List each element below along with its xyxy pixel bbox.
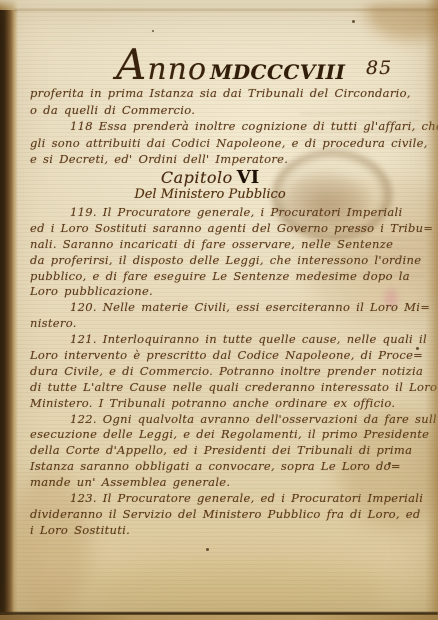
manuscript-line: mande un' Assemblea generale. (30, 475, 430, 491)
manuscript-page-photo: AnnoMDCCCVIII 85 proferita in prima Ista… (0, 0, 438, 620)
manuscript-line: nali. Saranno incaricati di fare osserva… (30, 237, 430, 253)
manuscript-line: 121. Interloquiranno in tutte quelle cau… (30, 332, 430, 348)
manuscript-line: pubblico, e di fare eseguire Le Sentenze… (30, 269, 430, 285)
title-year-word: Anno (116, 50, 207, 87)
paper-speck (352, 20, 355, 23)
manuscript-line: Ministero. I Tribunali potranno anche or… (30, 396, 430, 412)
manuscript-line: 120. Nelle materie Civili, essi esercite… (30, 300, 430, 316)
manuscript-line: divideranno il Servizio del Ministero Pu… (30, 507, 430, 523)
book-binding-edge (0, 10, 18, 620)
manuscript-line: e si Decreti, ed' Ordini dell' Imperator… (30, 151, 430, 168)
page-top-edge (0, 0, 438, 9)
manuscript-line: esecuzione delle Leggi, e dei Regolament… (30, 427, 430, 443)
manuscript-line: gli sono attribuiti dai Codici Napoleone… (30, 135, 430, 152)
manuscript-line: della Corte d'Appello, ed i Presidenti d… (30, 443, 430, 459)
manuscript-line: Loro intervento è prescritto dal Codice … (30, 348, 430, 364)
manuscript-line: nistero. (30, 316, 430, 332)
page-top-crease (14, 9, 438, 11)
body-paragraphs: 119. Il Procuratore generale, i Procurat… (30, 205, 430, 539)
manuscript-line: da proferirsi, il disposto delle Leggi, … (30, 253, 430, 269)
chapter-heading: CapitoloVI (30, 167, 390, 188)
page-number: 85 (366, 57, 392, 79)
manuscript-line: Loro pubblicazione. (30, 284, 430, 300)
manuscript-line: 123. Il Procuratore generale, ed i Procu… (30, 491, 430, 507)
paper-speck (152, 30, 154, 32)
manuscript-line: o da quelli di Commercio. (30, 102, 430, 119)
page-right-edge (425, 0, 438, 620)
title-roman-numeral: MDCCCVIII (210, 60, 345, 84)
chapter-word: Capitolo (161, 168, 233, 187)
manuscript-line: 118 Essa prenderà inoltre cognizione di … (30, 118, 430, 135)
manuscript-line: dura Civile, e di Commercio. Potranno in… (30, 364, 430, 380)
chapter-numeral: VI (237, 167, 259, 188)
chapter-subheading: Del Ministero Pubblico (30, 187, 390, 202)
underlying-page-edge (0, 615, 438, 620)
manuscript-line: 119. Il Procuratore generale, i Procurat… (30, 205, 430, 221)
manuscript-line: di tutte L'altre Cause nelle quali crede… (30, 380, 430, 396)
paper-speck (206, 548, 209, 551)
manuscript-line: 122. Ogni qualvolta avranno dell'osserva… (30, 412, 430, 428)
intro-paragraphs: proferita in prima Istanza sia dai Tribu… (30, 85, 430, 168)
manuscript-line: proferita in prima Istanza sia dai Tribu… (30, 85, 430, 102)
manuscript-line: Istanza saranno obbligati a convocare, s… (30, 459, 430, 475)
page-title: AnnoMDCCCVIII (116, 50, 345, 87)
manuscript-line: ed i Loro Sostituti saranno agenti del G… (30, 221, 430, 237)
bottom-stain (90, 556, 390, 620)
manuscript-line: i Loro Sostituti. (30, 523, 430, 539)
